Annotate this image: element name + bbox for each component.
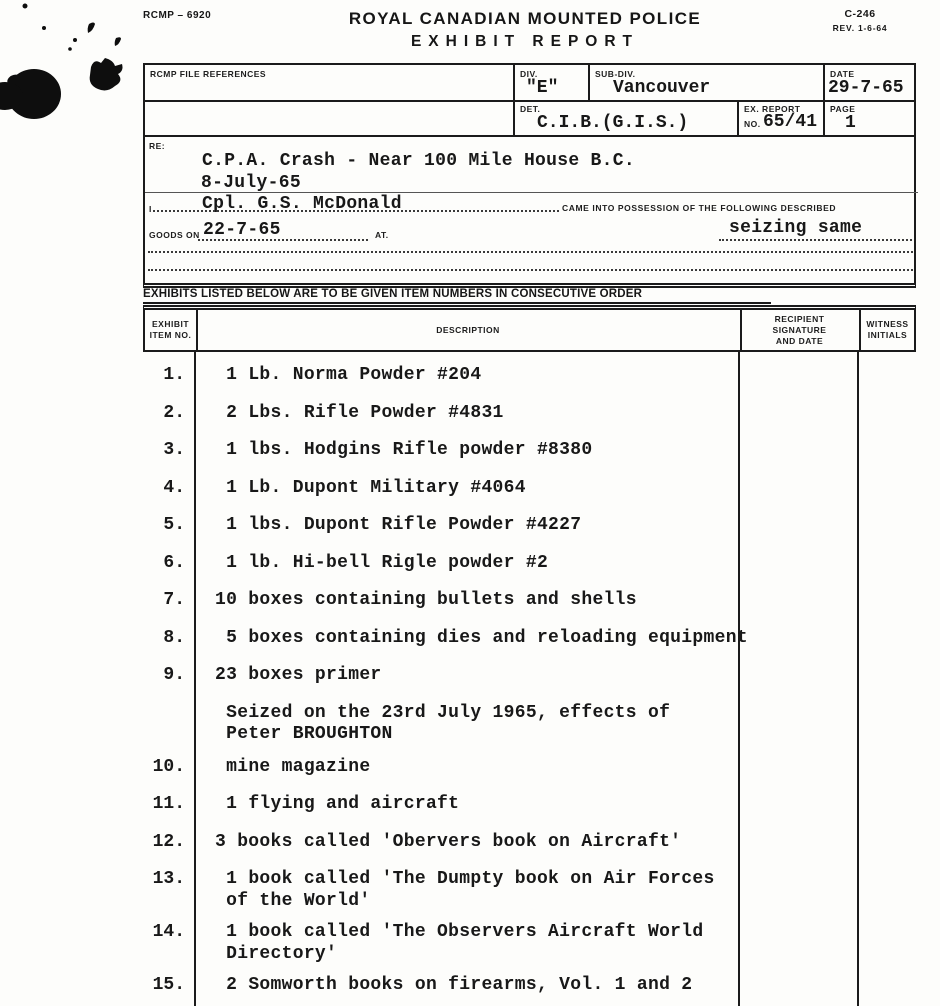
exhibit-item-number: 15. <box>143 975 185 995</box>
date-value: 29-7-65 <box>828 78 904 98</box>
table-row: 5. 1 lbs. Dupont Rifle Powder #4227 <box>143 515 916 553</box>
exhibit-description: 2 Lbs. Rifle Powder #4831 <box>215 403 916 425</box>
table-row: 14. 1 book called 'The Observers Aircraf… <box>143 922 916 975</box>
form-code-number: C-246 <box>800 8 920 20</box>
re-section: RE: C.P.A. Crash - Near 100 Mile House B… <box>143 137 916 288</box>
org-title: ROYAL CANADIAN MOUNTED POLICE <box>310 9 740 29</box>
exhibit-item-number: 1. <box>143 365 185 385</box>
table-row: 12. 3 books called 'Obervers book on Air… <box>143 832 916 870</box>
ink-blot <box>0 0 160 135</box>
member-name: Cpl. G.S. McDonald <box>202 194 402 216</box>
div-value: "E" <box>526 78 558 98</box>
exhibit-description: 10 boxes containing bullets and shells <box>215 590 916 612</box>
page-title: ROYAL CANADIAN MOUNTED POLICE EXHIBIT RE… <box>310 9 740 51</box>
table-row: 8. 5 boxes containing dies and reloading… <box>143 628 916 666</box>
col-witness-label: WITNESS INITIALS <box>866 319 908 341</box>
subdiv-value: Vancouver <box>613 78 710 98</box>
table-row: 7. 10 boxes containing bullets and shell… <box>143 590 916 628</box>
exhibit-description: Seized on the 23rd July 1965, effects of… <box>215 703 916 746</box>
ex-report-value: 65/41 <box>763 112 817 132</box>
exhibit-description: 1 book called 'The Dumpty book on Air Fo… <box>215 869 916 912</box>
blank-leader-2 <box>148 267 913 271</box>
exhibit-item-number: 13. <box>143 869 185 889</box>
table-row: 15. 2 Somworth books on firearms, Vol. 1… <box>143 975 916 1006</box>
document-page: RCMP – 6920 ROYAL CANADIAN MOUNTED POLIC… <box>0 0 940 1006</box>
table-row: 13. 1 book called 'The Dumpty book on Ai… <box>143 869 916 922</box>
exhibit-description: 5 boxes containing dies and reloading eq… <box>215 628 916 650</box>
member-prefix-label: I <box>149 204 152 214</box>
exhibit-item-number: 9. <box>143 665 185 685</box>
exhibit-item-number: 2. <box>143 403 185 423</box>
form-code: C-246 REV. 1-6-64 <box>800 8 920 33</box>
possession-label: CAME INTO POSSESSION OF THE FOLLOWING DE… <box>562 203 836 213</box>
exhibit-table-header: EXHIBIT ITEM NO. DESCRIPTION RECIPIENT S… <box>143 305 916 352</box>
blank-leader-1 <box>148 249 913 253</box>
manner-value: seizing same <box>729 218 862 240</box>
form-revision: REV. 1-6-64 <box>800 23 920 33</box>
re-label: RE: <box>149 141 165 151</box>
report-title: EXHIBIT REPORT <box>310 33 740 51</box>
table-row: 6. 1 lb. Hi-bell Rigle powder #2 <box>143 553 916 591</box>
exhibit-item-number: 12. <box>143 832 185 852</box>
re-subject-line1: C.P.A. Crash - Near 100 Mile House B.C. <box>202 151 635 173</box>
exhibit-description: 1 Lb. Norma Powder #204 <box>215 365 916 387</box>
goods-on-value: 22-7-65 <box>203 220 281 242</box>
ex-report-no-label: NO. <box>744 119 761 129</box>
exhibit-item-number: 8. <box>143 628 185 648</box>
table-row: 10. mine magazine <box>143 757 916 795</box>
table-row: 2. 2 Lbs. Rifle Powder #4831 <box>143 403 916 441</box>
file-ref-label: RCMP FILE REFERENCES <box>150 69 266 79</box>
exhibit-description: 1 lbs. Dupont Rifle Powder #4227 <box>215 515 916 537</box>
exhibit-description: 23 boxes primer <box>215 665 916 687</box>
exhibit-item-number: 6. <box>143 553 185 573</box>
col-item-label: EXHIBIT ITEM NO. <box>150 319 192 341</box>
exhibit-description: 1 flying and aircraft <box>215 794 916 816</box>
exhibit-item-number: 10. <box>143 757 185 777</box>
member-name-leader <box>153 208 559 212</box>
exhibit-description: 1 book called 'The Observers Aircraft Wo… <box>215 922 916 965</box>
exhibit-description: 3 books called 'Obervers book on Aircraf… <box>215 832 916 854</box>
exhibit-description: 1 lbs. Hodgins Rifle powder #8380 <box>215 440 916 462</box>
exhibit-item-number: 7. <box>143 590 185 610</box>
col-recipient-label: RECIPIENT SIGNATURE AND DATE <box>773 314 827 347</box>
exhibit-table-body: 1. 1 Lb. Norma Powder #204 2. 2 Lbs. Rif… <box>143 352 916 1006</box>
form-number: RCMP – 6920 <box>143 10 211 21</box>
exhibit-description: 1 lb. Hi-bell Rigle powder #2 <box>215 553 916 575</box>
table-row: 11. 1 flying and aircraft <box>143 794 916 832</box>
exhibit-description: 1 Lb. Dupont Military #4064 <box>215 478 916 500</box>
at-label: AT. <box>375 230 389 240</box>
table-row: Seized on the 23rd July 1965, effects of… <box>143 703 916 757</box>
table-row: 4. 1 Lb. Dupont Military #4064 <box>143 478 916 516</box>
exhibit-description: 2 Somworth books on firearms, Vol. 1 and… <box>215 975 916 997</box>
exhibit-item-number: 14. <box>143 922 185 942</box>
exhibit-item-number: 11. <box>143 794 185 814</box>
goods-on-label: GOODS ON <box>149 230 200 240</box>
col-description-label: DESCRIPTION <box>436 325 500 336</box>
table-row: 9. 23 boxes primer <box>143 665 916 703</box>
file-references-table: RCMP FILE REFERENCES DIV. "E" SUB-DIV. V… <box>143 63 916 137</box>
det-value: C.I.B.(G.I.S.) <box>537 113 688 133</box>
exhibit-item-number: 4. <box>143 478 185 498</box>
exhibit-item-number: 5. <box>143 515 185 535</box>
page-value: 1 <box>845 113 856 133</box>
table-row: 3. 1 lbs. Hodgins Rifle powder #8380 <box>143 440 916 478</box>
exhibit-description: mine magazine <box>215 757 916 779</box>
exhibit-item-number: 3. <box>143 440 185 460</box>
table-row: 1. 1 Lb. Norma Powder #204 <box>143 365 916 403</box>
instruction-line: EXHIBITS LISTED BELOW ARE TO BE GIVEN IT… <box>143 288 771 304</box>
